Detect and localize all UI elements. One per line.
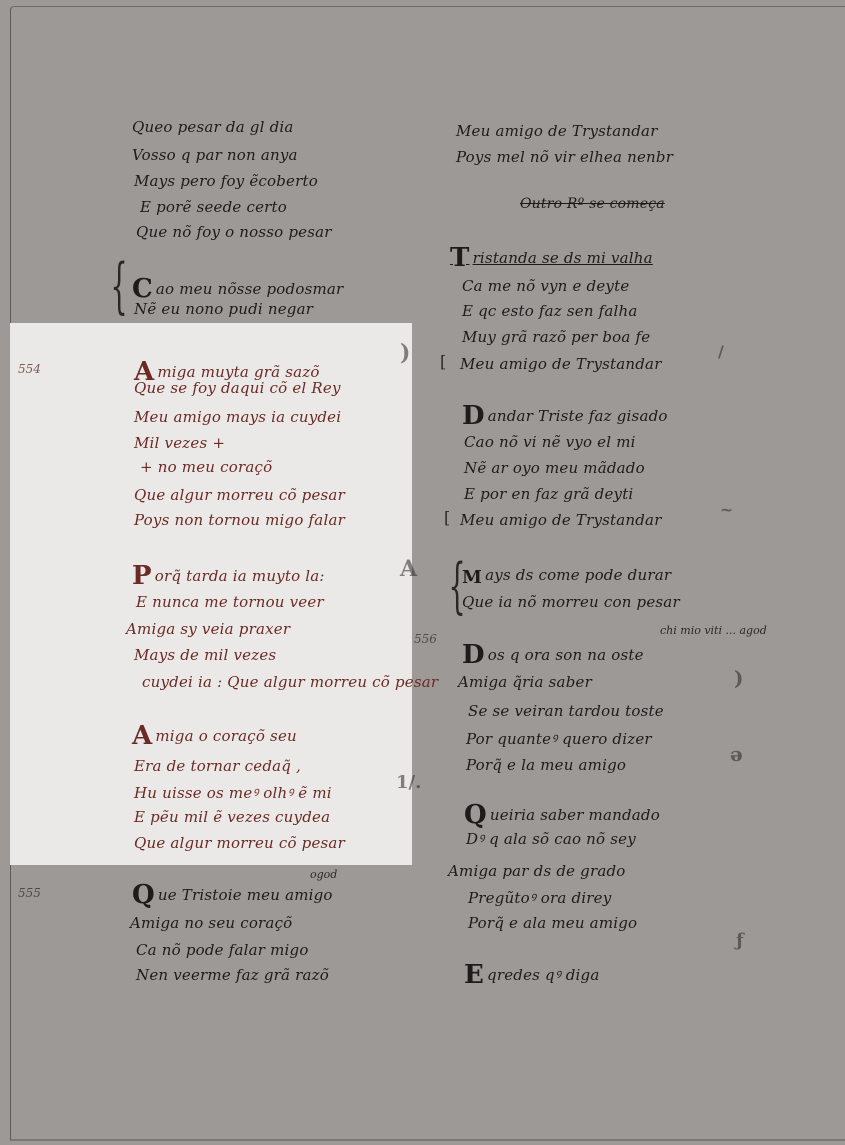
margin-number: 556 — [414, 632, 437, 646]
verse-line: Era de tornar cedaq̃ , — [134, 757, 301, 775]
section-heading: Outro Rº se começa — [520, 196, 665, 212]
verse-line: Que Tristoie meu amigo — [132, 880, 333, 910]
verse-line: Hu uisse os meꝰ olhꝰ ẽ mi — [134, 783, 332, 803]
verse-line: Meu amigo mays ia cuydei — [134, 408, 341, 426]
verse-line: E por en faz grã deyti — [464, 485, 633, 503]
verse-text: ue Tristoie meu amigo — [158, 886, 333, 904]
verse-line: Meu amigo de Trystandar — [456, 122, 658, 140]
margin-mark: ~ — [720, 500, 733, 519]
verse-line: Mays de mil vezes — [134, 646, 276, 664]
verse-text: orq̃ tarda ia muyto la: — [155, 567, 325, 585]
verse-line: Meu amigo de Trystandar — [460, 355, 662, 373]
initial-letter: P — [132, 561, 152, 591]
verse-line: Amiga par ds de grado — [448, 862, 626, 880]
verse-line: Pregũtoꝰ ora direy — [468, 888, 611, 908]
verse-text: andar Triste faz gisado — [488, 407, 668, 425]
verse-line: Que nõ foy o nosso pesar — [136, 223, 332, 241]
margin-mark: ƒ — [736, 930, 744, 951]
initial-letter: Q — [132, 880, 155, 910]
verse-line: Nẽ eu nono pudi negar — [134, 300, 313, 318]
initial-letter: M — [462, 567, 482, 588]
verse-line: Tristanda se ds mi valha — [450, 243, 653, 273]
verse-text: ristanda se ds mi valha — [473, 249, 653, 267]
verse-line: E porẽ seede certo — [140, 198, 287, 216]
bleed-through-mark: A — [400, 556, 417, 582]
verse-line: Vosso q par non anya — [132, 146, 298, 164]
bracket-mark: [ — [444, 508, 450, 527]
verse-line: Cao nõ vi nẽ vyo el mi — [464, 433, 636, 451]
initial-letter: D — [462, 640, 485, 670]
verse-line: Dandar Triste faz gisado — [462, 401, 668, 431]
initial-letter: D — [462, 401, 485, 431]
verse-line: Muy grã razõ per boa fe — [462, 328, 650, 346]
verse-text: ao meu nõsse podosmar — [156, 280, 344, 298]
verse-line: Amiga o coraçõ seu — [132, 721, 297, 751]
verse-line: Eqredes qꝰ diga — [464, 960, 599, 990]
verse-text: qredes qꝰ diga — [487, 966, 599, 984]
bracket-mark: [ — [440, 352, 446, 371]
verse-line: Porq̃ e la meu amigo — [466, 756, 626, 774]
verse-line: Amiga sy veia praxer — [126, 620, 290, 638]
verse-text: os q ora son na oste — [488, 646, 644, 664]
verse-line: Se se veiran tardou toste — [468, 702, 664, 720]
margin-mark: ) — [734, 666, 743, 690]
verse-line: Mil vezes + — [134, 434, 225, 452]
verse-line: Queo pesar da gl dia — [132, 118, 294, 136]
margin-mark: ə — [730, 742, 743, 766]
verse-line: Ca nõ pode falar migo — [136, 941, 309, 959]
verse-line: Que algur morreu cõ pesar — [134, 834, 345, 852]
verse-line: Amiga q̃ria saber — [458, 673, 592, 691]
verse-line: Nen veerme faz grã razõ — [136, 966, 329, 984]
verse-line: cuydei ia : Que algur morreu cõ pesar — [142, 673, 438, 691]
margin-mark: / — [718, 342, 724, 361]
initial-letter: E — [464, 960, 484, 990]
initial-letter: T — [450, 243, 470, 273]
verse-line: Ca me nõ vyn e deyte — [462, 277, 629, 295]
margin-note: chi mio viti ... agod — [660, 624, 767, 637]
verse-line: Poys mel nõ vir elhea nenbr — [456, 148, 673, 166]
initial-letter: A — [132, 721, 152, 751]
bleed-through-mark: 1/. — [396, 772, 421, 793]
verse-line: E pẽu mil ẽ vezes cuydea — [134, 808, 330, 826]
verse-line: Que se foy daqui cõ el Rey — [134, 379, 341, 397]
verse-line: Meu amigo de Trystandar — [460, 511, 662, 529]
verse-line: Mays ds come pode durar — [462, 566, 671, 588]
verse-line: Queiria saber mandado — [464, 800, 660, 830]
verse-text: miga o coraçõ seu — [155, 727, 297, 745]
verse-line: Por quanteꝰ quero dizer — [466, 729, 652, 749]
verse-line: Que ia nõ morreu con pesar — [462, 593, 680, 611]
verse-line: Dꝰ q ala sõ cao nõ sey — [466, 829, 636, 849]
margin-number: 554 — [18, 362, 41, 376]
verse-line: Porq̃ tarda ia muyto la: — [132, 561, 325, 591]
verse-line: Mays pero foy ẽcoberto — [134, 172, 318, 190]
bleed-through-mark: ) — [400, 340, 410, 366]
verse-line: E nunca me tornou veer — [136, 593, 324, 611]
initial-letter: Q — [464, 800, 487, 830]
brace-mark: { — [111, 256, 128, 316]
verse-line: Porq̃ e ala meu amigo — [468, 914, 637, 932]
verse-text: ays ds come pode durar — [485, 566, 671, 584]
verse-line: Poys non tornou migo falar — [134, 511, 345, 529]
verse-line: Que algur morreu cõ pesar — [134, 486, 345, 504]
verse-text: ueiria saber mandado — [490, 806, 660, 824]
verse-line: + no meu coraçõ — [140, 458, 272, 476]
margin-number: 555 — [18, 886, 41, 900]
verse-line: Nẽ ar oyo meu mãdado — [464, 459, 645, 477]
verse-line: Amiga no seu coraçõ — [130, 914, 292, 932]
verse-line: Dos q ora son na oste — [462, 640, 644, 670]
verse-line: E qc esto faz sen falha — [462, 302, 638, 320]
